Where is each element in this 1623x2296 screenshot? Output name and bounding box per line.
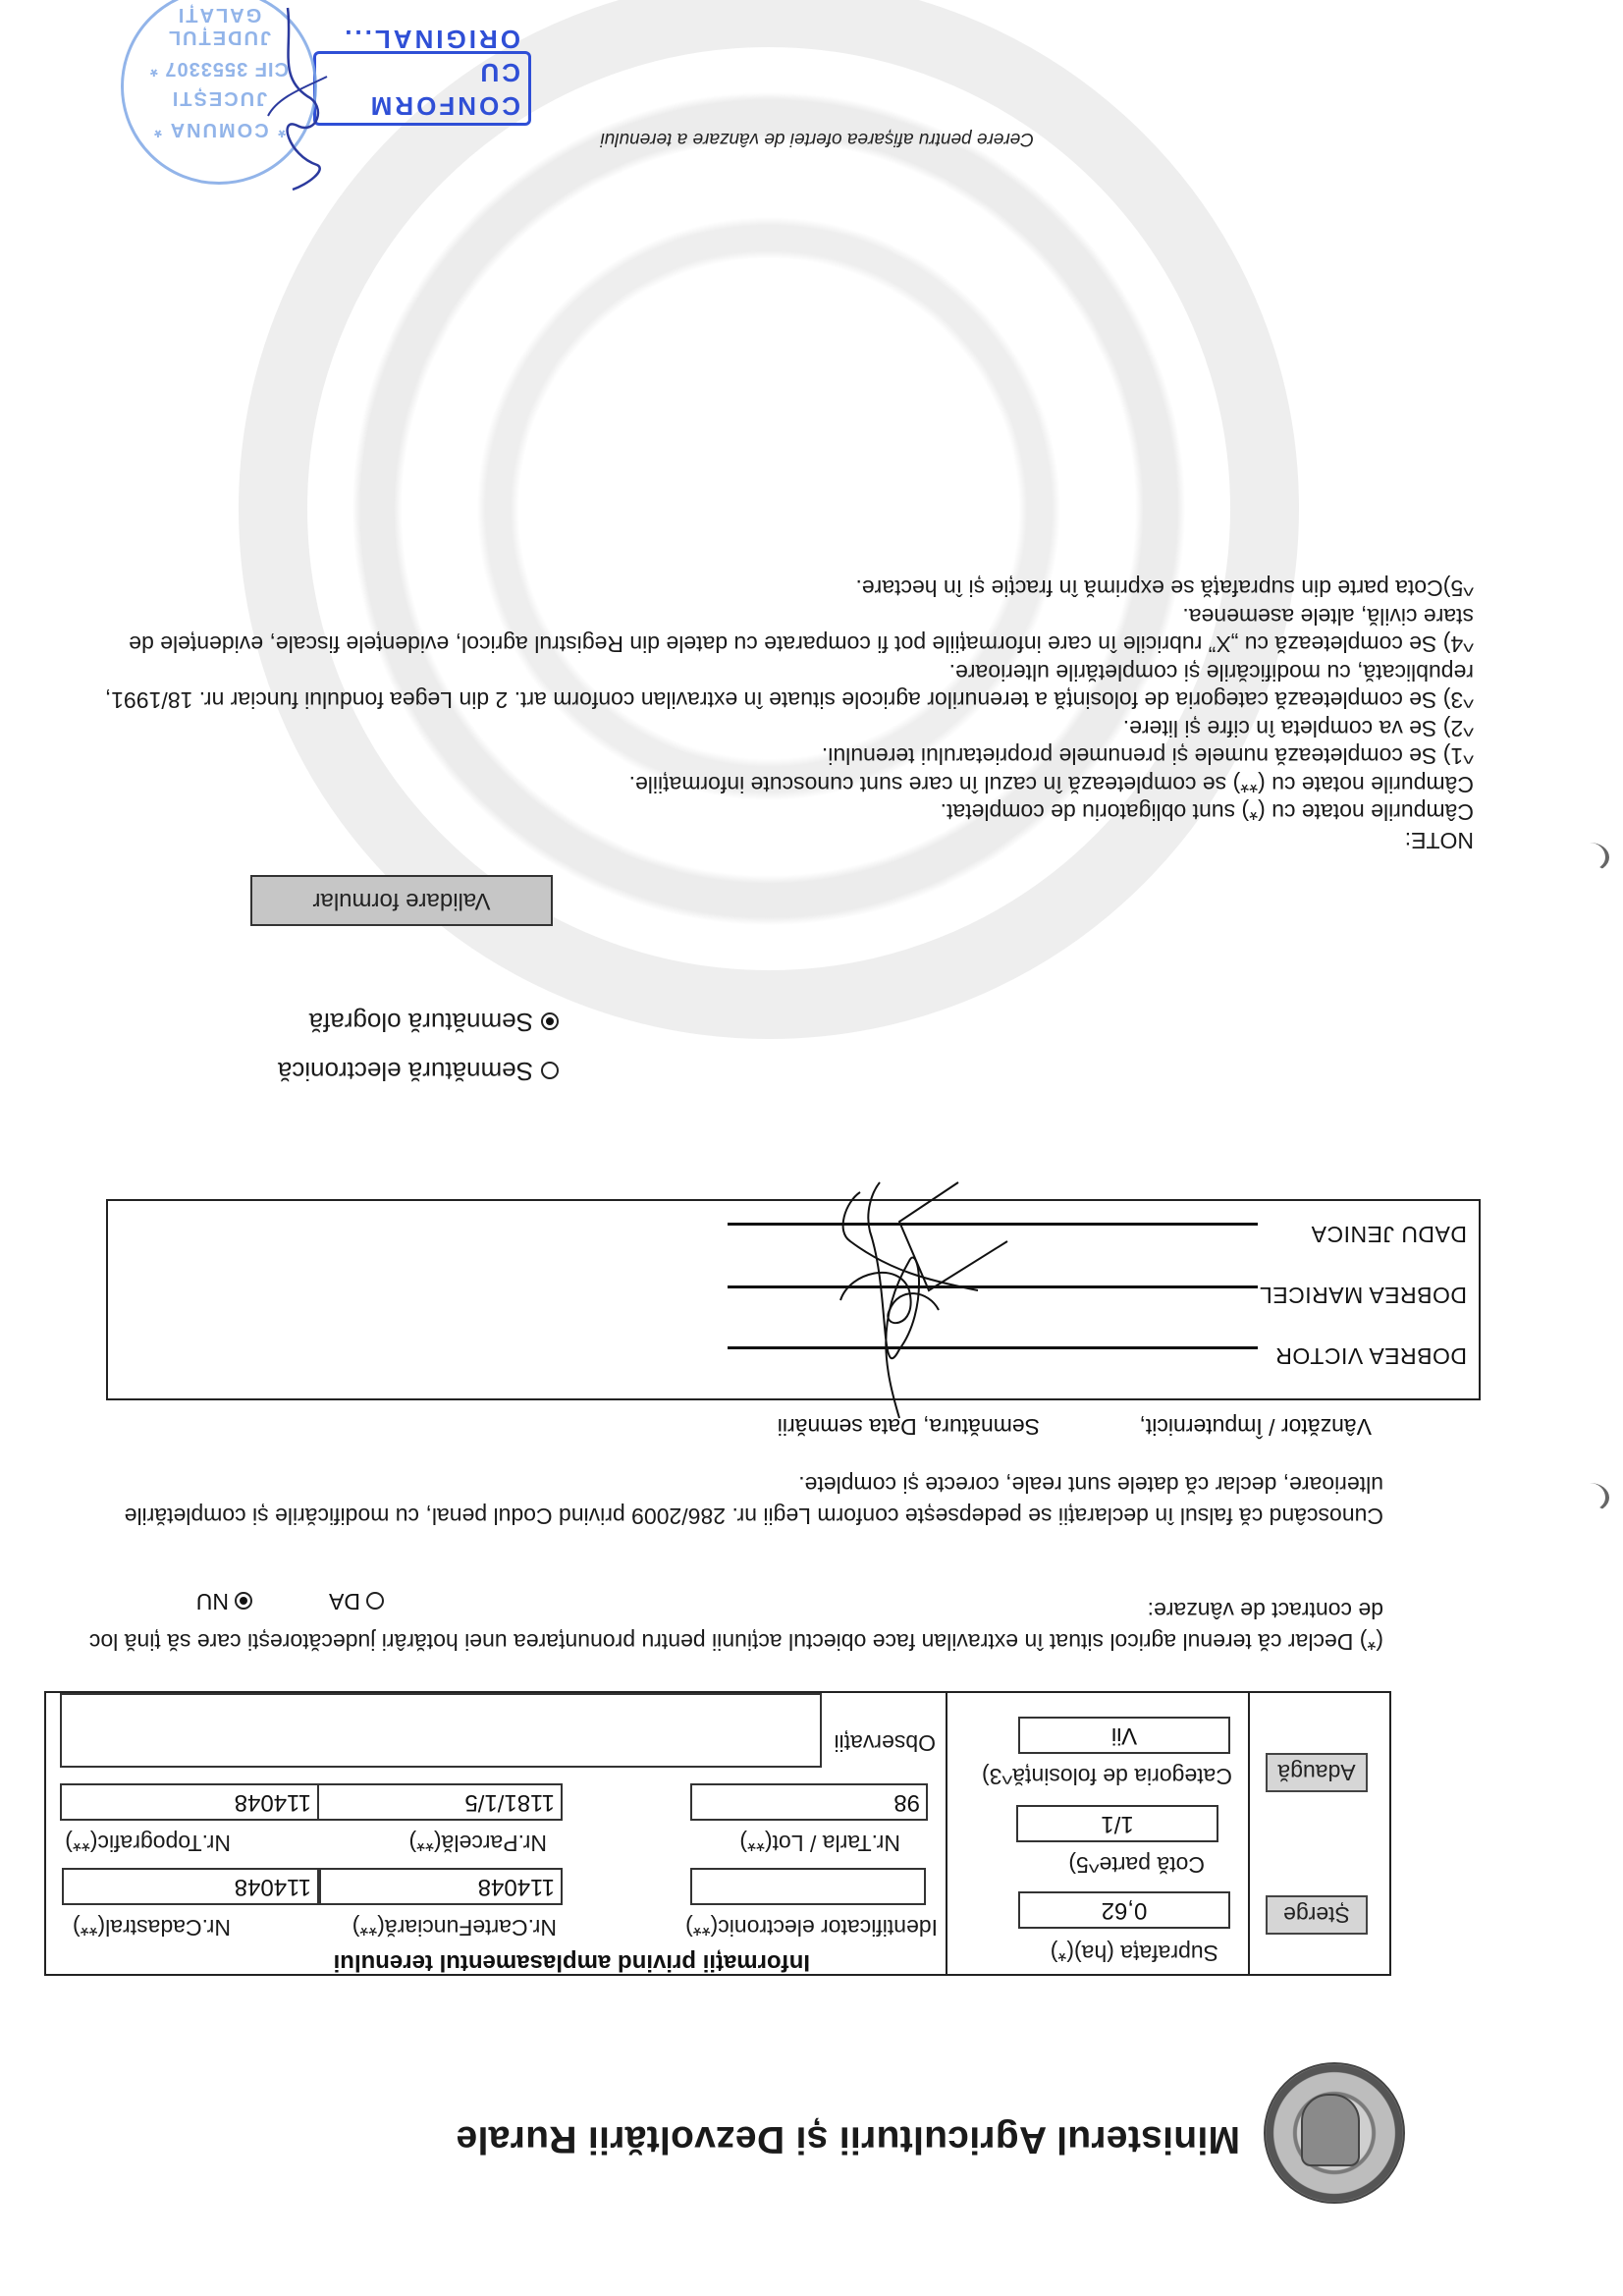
- municipality-round-stamp: * COMUNA * JUCEȘTI CIF 3553307 * JUDEȚUL…: [121, 0, 317, 185]
- signature-line: [728, 1346, 1258, 1349]
- declaration-text: (*) Declar că terenul agricol situat în …: [87, 1595, 1383, 1658]
- share-label: Cotă parte^5): [1068, 1851, 1205, 1878]
- stamp-line: CIF 3553307 *: [124, 57, 314, 80]
- topographic-label: Nr.Topografic(**): [65, 1830, 231, 1856]
- coat-of-arms-icon: [1301, 2094, 1360, 2166]
- signer-name: DOBREA MARICEL: [1260, 1282, 1468, 1308]
- radio-da[interactable]: DA: [329, 1588, 384, 1614]
- radio-electronic-signature[interactable]: Semnătură electronică: [278, 1056, 559, 1086]
- note-line: Câmpurile notate cu (*) sunt obligatoriu…: [138, 798, 1474, 827]
- ministry-seal-icon: [1264, 2062, 1405, 2204]
- scanned-page: Ministerul Agriculturii și Dezvoltării R…: [0, 0, 1623, 2296]
- share-input[interactable]: 1/1: [1016, 1805, 1218, 1842]
- watermark-seal: [180, 0, 1358, 1098]
- topographic-input[interactable]: 114048: [60, 1783, 319, 1821]
- radio-handwritten-signature[interactable]: Semnătură olografă: [309, 1007, 559, 1037]
- cadastral-label: Nr.Cadastral(**): [73, 1914, 231, 1941]
- validate-form-button[interactable]: Validare formular: [250, 875, 553, 926]
- certified-copy-stamp: CONFORM CU ORIGINAL...: [313, 51, 531, 126]
- radio-handwritten-label: Semnătură olografă: [309, 1007, 533, 1037]
- land-info-section: Șterge Adaugă Suprafața (ha)(*) 0,62 Cot…: [44, 1691, 1391, 1976]
- surface-label: Suprafața (ha)(*): [1051, 1940, 1218, 1966]
- radio-nu-label: NU: [196, 1588, 229, 1614]
- notes-section: NOTE: Câmpurile notate cu (*) sunt oblig…: [138, 574, 1474, 854]
- note-line: ^4) Se completează cu „X” rubricile în c…: [138, 630, 1474, 659]
- stamp-line: JUDEȚUL GALAȚI: [124, 3, 314, 48]
- note-line: stare civilă, altele asemenea.: [138, 603, 1474, 631]
- radio-handwritten-button[interactable]: [541, 1013, 559, 1031]
- surface-column: Suprafața (ha)(*) 0,62 Cotă parte^5) 1/1…: [946, 1693, 1248, 1974]
- cadastral-input[interactable]: 114048: [62, 1868, 319, 1905]
- stamp-line: JUCEȘTI: [124, 86, 314, 109]
- add-button[interactable]: Adaugă: [1266, 1753, 1368, 1792]
- note-line: Câmpurile notate cu (**) se completează …: [138, 771, 1474, 799]
- land-book-label: Nr.CarteFunciară(**): [352, 1914, 557, 1941]
- note-line: republicată, cu modificările și completă…: [138, 659, 1474, 687]
- note-line: ^2) Se va completa în cifre și litere.: [138, 715, 1474, 743]
- land-use-input[interactable]: Vii: [1018, 1717, 1230, 1754]
- signatures-box: DOBREA VICTOR DOBREA MARICEL DADU JENICA: [106, 1199, 1481, 1400]
- row-actions-column: Șterge Adaugă: [1248, 1693, 1389, 1974]
- ministry-title: Ministerul Agriculturii și Dezvoltării R…: [456, 2117, 1240, 2160]
- form-caption: Cerere pentru afișarea ofertei de vânzar…: [601, 128, 1034, 149]
- parcel-label: Nr.Parcelă(**): [408, 1830, 547, 1856]
- electronic-id-label: Identificator electronic(**): [685, 1914, 938, 1941]
- stamp-line: ORIGINAL...: [316, 23, 520, 56]
- seller-header: Vânzător / Împuternicit,: [1140, 1413, 1373, 1440]
- signature-line: [728, 1285, 1258, 1288]
- parcel-input[interactable]: 1181/1/5: [305, 1783, 563, 1821]
- radio-nu[interactable]: NU: [196, 1588, 252, 1614]
- observations-textarea[interactable]: [60, 1693, 822, 1768]
- land-use-label: Categoria de folosință^3): [982, 1763, 1232, 1789]
- electronic-id-input[interactable]: [690, 1868, 926, 1905]
- note-line: ^1) Se completează numele și prenumele p…: [138, 742, 1474, 771]
- land-info-title: Informații privind amplasamentul terenul…: [334, 1948, 810, 1976]
- signer-name: DOBREA VICTOR: [1275, 1342, 1467, 1369]
- radio-electronic-label: Semnătură electronică: [278, 1056, 533, 1086]
- stamp-line: * COMUNA *: [124, 118, 314, 140]
- handwritten-signature-icon: [732, 1173, 1047, 1428]
- radio-da-label: DA: [329, 1588, 360, 1614]
- radio-electronic-button[interactable]: [541, 1063, 559, 1080]
- signer-name: DADU JENICA: [1311, 1221, 1467, 1247]
- notes-title: NOTE:: [138, 827, 1474, 855]
- land-book-input[interactable]: 114048: [319, 1868, 563, 1905]
- signature-line: [728, 1223, 1258, 1226]
- punch-hole-icon: [1570, 843, 1609, 872]
- surface-input[interactable]: 0,62: [1018, 1891, 1230, 1929]
- penal-statement: Cunoscând că falsul în declarații se ped…: [78, 1469, 1383, 1532]
- plot-lot-input[interactable]: 98: [690, 1783, 928, 1821]
- delete-button[interactable]: Șterge: [1266, 1895, 1368, 1935]
- signature-date-header: Semnătura, Data semnării: [778, 1413, 1040, 1440]
- plot-lot-label: Nr.Tarla / Lot(**): [739, 1830, 900, 1856]
- punch-hole-icon: [1570, 1483, 1609, 1512]
- radio-da-button[interactable]: [366, 1593, 384, 1611]
- radio-nu-button[interactable]: [235, 1593, 252, 1611]
- observations-label: Observații: [834, 1729, 936, 1756]
- note-line: ^3) Se completează categoria de folosinț…: [138, 686, 1474, 715]
- note-line: ^5)Cota parte din suprafață se exprimă î…: [138, 574, 1474, 603]
- stamp-line: CONFORM CU: [316, 56, 520, 123]
